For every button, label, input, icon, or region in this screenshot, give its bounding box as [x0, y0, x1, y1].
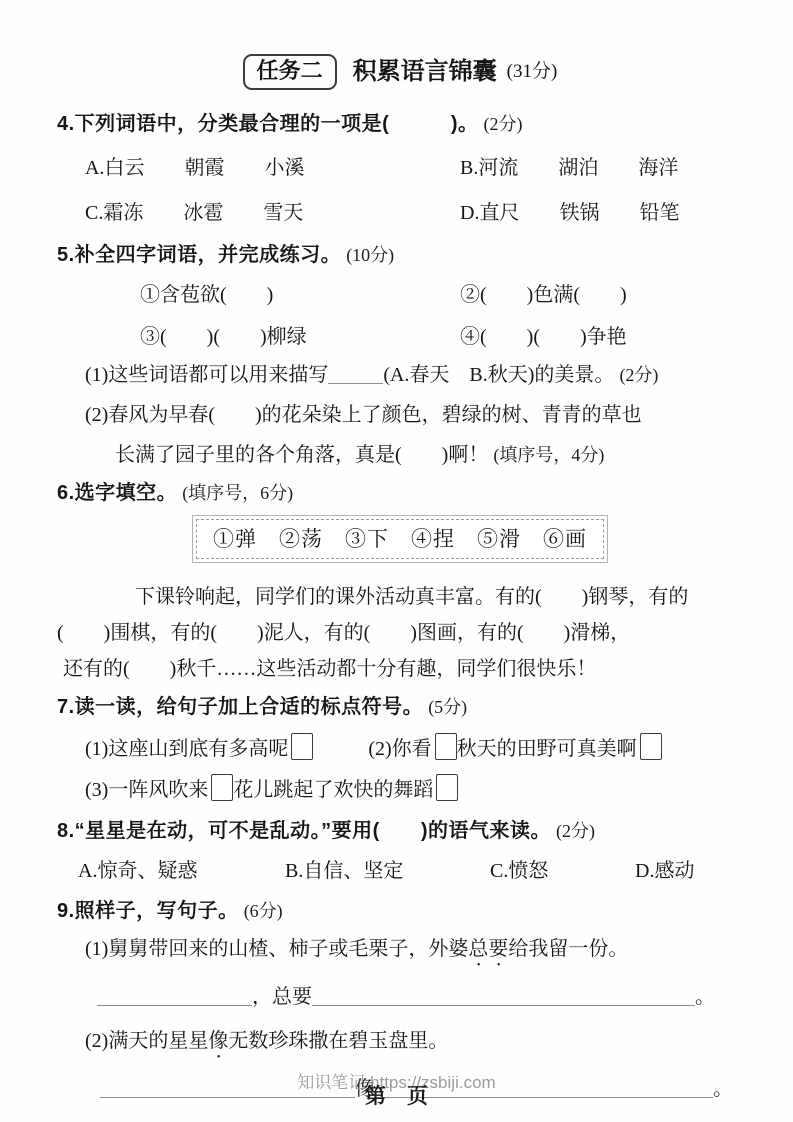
q9-example-2-emphasis: 像 — [208, 1030, 228, 1052]
section-score: (31分) — [507, 61, 558, 82]
q9-answer-1-period: 。 — [695, 986, 715, 1008]
q5-sub1-score: (2分) — [619, 365, 658, 385]
punctuation-box — [435, 733, 457, 760]
q9-example-1-emphasis: 总要 — [468, 938, 508, 960]
q6-paragraph-line2: ( )围棋，有的( )泥人，有的( )图画，有的( )滑梯， — [57, 619, 743, 647]
q7-sentences-line1: (1)这座山到底有多高呢(2)你看秋天的田野可真美啊 — [57, 733, 743, 764]
q5-sub1-choices: (A.春天 B.秋天)的美景。 — [383, 364, 614, 386]
q9-answer-1-connector: ，总要 — [252, 986, 312, 1008]
q8-score: (2分) — [556, 821, 595, 841]
q8-options: A.惊奇、疑惑 B.自信、坚定 C.愤怒 D.感动 — [57, 857, 743, 885]
q5-item-4: ④( )( )争艳 — [460, 323, 743, 351]
exam-content: 任务二 积累语言锦囊 (31分) 4.下列词语中，分类最合理的一项是( )。(2… — [0, 0, 793, 1103]
q7-sentence-1: (1)这座山到底有多高呢 — [85, 738, 288, 760]
q5-item-1: ①含苞欲( ) — [140, 281, 460, 309]
q7-sentence-3-pre: (3)一阵风吹来 — [85, 779, 208, 801]
q9-answer-line-1: ，总要。 — [57, 983, 743, 1011]
q4-options: A.白云 朝霞 小溪 B.河流 湖泊 海洋 C.霜冻 冰雹 雪天 D.直尺 铁锅… — [57, 154, 743, 227]
q4-option-b: B.河流 湖泊 海洋 — [460, 154, 743, 182]
q8-stem: 8.“星星是在动，可不是乱动。”要用( )的语气来读。 — [57, 820, 551, 842]
q5-item-2: ②( )色满( ) — [460, 281, 743, 309]
q5-sub1-line: (1)这些词语都可以用来描写(A.春天 B.秋天)的美景。(2分) — [57, 361, 743, 389]
q5-sub2-text1: (2)春风为早春( )的花朵染上了颜色，碧绿的树、青青的草也 — [85, 404, 642, 426]
page-number: 第 页 — [0, 1080, 793, 1110]
q5-sub1-text: (1)这些词语都可以用来描写 — [85, 364, 328, 386]
q8-option-b: B.自信、坚定 — [285, 857, 490, 885]
q7-sentence-3-post: 花儿跳起了欢快的舞蹈 — [233, 779, 433, 801]
q5-sub2-line2: 长满了园子里的各个角落，真是( )啊！(填序号，4分) — [57, 441, 743, 469]
q6-choices: ①弹 ②荡 ③下 ④捏 ⑤滑 ⑥画 — [196, 519, 604, 559]
q5-score: (10分) — [346, 245, 394, 265]
q9-stem-line: 9.照样子，写句子。(6分) — [57, 897, 743, 925]
q5-sub1-blank — [328, 363, 383, 384]
q7-sentence-2-post: 秋天的田野可真美啊 — [457, 738, 637, 760]
q5-word-blanks: ①含苞欲( ) ②( )色满( ) ③( )( )柳绿 ④( )( )争艳 — [57, 281, 743, 351]
punctuation-box — [291, 733, 313, 760]
q9-stem: 9.照样子，写句子。 — [57, 900, 239, 922]
q7-stem: 7.读一读，给句子加上合适的标点符号。 — [57, 696, 423, 718]
punctuation-box — [211, 774, 233, 801]
q6-choice-box: ①弹 ②荡 ③下 ④捏 ⑤滑 ⑥画 — [192, 515, 608, 563]
q4-option-a: A.白云 朝霞 小溪 — [85, 154, 460, 182]
q6-choice-bank: ①弹 ②荡 ③下 ④捏 ⑤滑 ⑥画 — [57, 515, 743, 563]
q8-option-d: D.感动 — [635, 857, 743, 885]
q9-example-2-pre: (2)满天的星星 — [85, 1030, 208, 1052]
q8-stem-line: 8.“星星是在动，可不是乱动。”要用( )的语气来读。(2分) — [57, 817, 743, 845]
q4-score: (2分) — [484, 114, 523, 134]
q6-stem: 6.选字填空。 — [57, 482, 177, 504]
q7-score: (5分) — [428, 697, 467, 717]
punctuation-box — [436, 774, 458, 801]
q9-example-1-post: 给我留一份。 — [508, 938, 628, 960]
q8-option-c: C.愤怒 — [490, 857, 635, 885]
q4-stem-line: 4.下列词语中，分类最合理的一项是( )。(2分) — [57, 110, 743, 138]
q5-sub2-line1: (2)春风为早春( )的花朵染上了颜色，碧绿的树、青青的草也 — [57, 401, 743, 429]
exam-page: 任务二 积累语言锦囊 (31分) 4.下列词语中，分类最合理的一项是( )。(2… — [0, 0, 793, 1122]
q5-item-3: ③( )( )柳绿 — [140, 323, 460, 351]
q5-stem: 5.补全四字词语，并完成练习。 — [57, 244, 341, 266]
q9-example-1-pre: (1)舅舅带回来的山楂、柿子或毛栗子，外婆 — [85, 938, 468, 960]
task-badge: 任务二 — [243, 54, 337, 90]
q7-stem-line: 7.读一读，给句子加上合适的标点符号。(5分) — [57, 693, 743, 721]
q9-answer-1-blank-right — [312, 985, 695, 1006]
q7-sentences-line2: (3)一阵风吹来花儿跳起了欢快的舞蹈 — [57, 774, 743, 805]
q4-option-d: D.直尺 铁锅 铅笔 — [460, 199, 743, 227]
q9-answer-1-blank-left — [97, 985, 252, 1006]
q9-example-1: (1)舅舅带回来的山楂、柿子或毛栗子，外婆总要给我留一份。 — [57, 935, 743, 971]
q6-score: (填序号，6分) — [182, 483, 293, 503]
q5-sub2-text2: 长满了园子里的各个角落，真是( )啊！ — [115, 444, 488, 466]
q5-sub2-note: (填序号，4分) — [493, 445, 604, 465]
q4-stem: 4.下列词语中，分类最合理的一项是( )。 — [57, 113, 479, 135]
q5-stem-line: 5.补全四字词语，并完成练习。(10分) — [57, 241, 743, 269]
q9-example-2: (2)满天的星星像无数珍珠撒在碧玉盘里。 — [57, 1027, 743, 1063]
q9-example-2-post: 无数珍珠撒在碧玉盘里。 — [228, 1030, 448, 1052]
q6-paragraph-line1: 下课铃响起，同学们的课外活动真丰富。有的( )钢琴，有的 — [57, 583, 743, 611]
q9-score: (6分) — [244, 901, 283, 921]
q6-paragraph-line3: 还有的( )秋千……这些活动都十分有趣，同学们很快乐！ — [57, 655, 743, 683]
q4-option-c: C.霜冻 冰雹 雪天 — [85, 199, 460, 227]
punctuation-box — [640, 733, 662, 760]
q8-option-a: A.惊奇、疑惑 — [78, 857, 285, 885]
section-header: 任务二 积累语言锦囊 (31分) — [57, 0, 743, 90]
q6-stem-line: 6.选字填空。(填序号，6分) — [57, 479, 743, 507]
section-title: 积累语言锦囊 — [353, 58, 497, 85]
q7-sentence-2-pre: (2)你看 — [368, 738, 431, 760]
